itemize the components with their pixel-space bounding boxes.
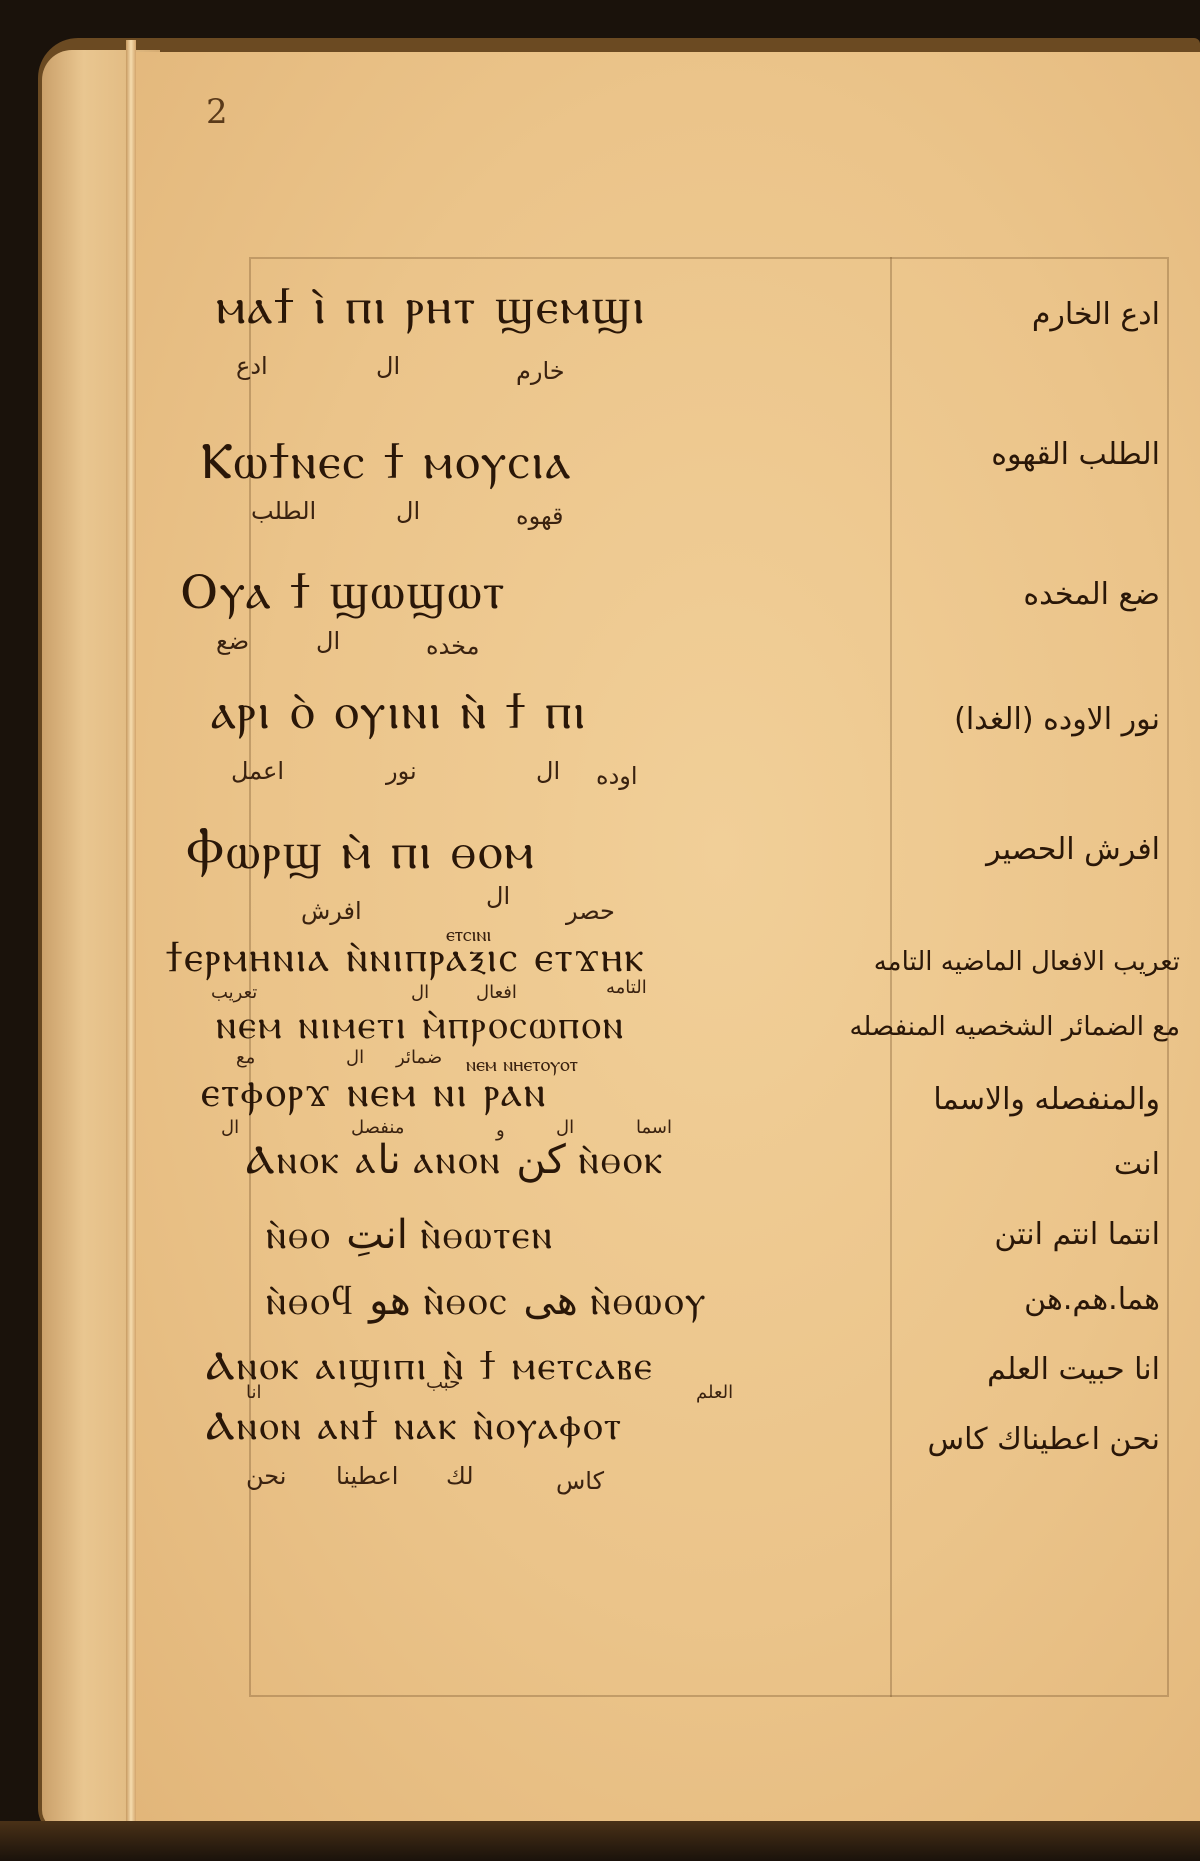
gloss-word: اوده — [596, 762, 638, 790]
arabic-translation: نحن اعطيناك كاس — [900, 1422, 1160, 1457]
page-bottom-shadow — [0, 1821, 1200, 1861]
gloss-word: ال — [486, 882, 510, 910]
coptic-line: ⲛ̀ⲑⲟ انتِ ⲛ̀ⲑⲱⲧⲉⲛ — [266, 1212, 554, 1258]
gloss-word: ال — [411, 982, 429, 1003]
gloss-word: ال — [556, 1117, 574, 1138]
gloss-word: ضمائر — [396, 1047, 442, 1068]
coptic-line: ϯⲉⲣⲙⲏⲛⲓⲁ ⲛ̀ⲛⲓⲡⲣⲁⲝⲓⲥ ⲉⲧϫⲏⲕ — [166, 932, 646, 982]
gloss-word: انا — [246, 1382, 262, 1403]
gloss-word: نور — [386, 757, 417, 785]
gloss-word: قهوه — [516, 502, 564, 530]
arabic-translation: انتما انتم انتن — [900, 1217, 1160, 1252]
arabic-translation: هما.هم.هن — [900, 1282, 1160, 1317]
gloss-word: نحن — [246, 1462, 286, 1490]
column-divider — [890, 257, 892, 1697]
gloss-word: ال — [376, 352, 400, 380]
gloss-word: اعمل — [231, 757, 284, 785]
gloss-word: ال — [346, 1047, 364, 1068]
arabic-translation: مع الضمائر الشخصيه المنفصله — [850, 1012, 1180, 1042]
gloss-word: ضع — [216, 627, 249, 655]
gloss-word: ال — [221, 1117, 239, 1138]
arabic-translation: نور الاوده (الغدا) — [860, 702, 1160, 737]
gloss-word: اسما — [636, 1117, 672, 1138]
gloss-word: ال — [396, 497, 420, 525]
gloss-word: لك — [446, 1462, 474, 1490]
arabic-translation: الطلب القهوه — [900, 437, 1160, 472]
coptic-line: ⲛⲉⲙ ⲛⲓⲙⲉⲧⲓ ⲙ̀ⲡⲣⲟⲥⲱⲡⲟⲛ — [216, 1002, 625, 1048]
gloss-word: مع — [236, 1047, 255, 1068]
arabic-translation: والمنفصله والاسما — [900, 1082, 1160, 1117]
arabic-translation: انت — [900, 1147, 1160, 1182]
gloss-word: ادع — [236, 352, 268, 380]
arabic-translation: افرش الحصير — [900, 832, 1160, 867]
gloss-word: مخده — [426, 632, 480, 660]
gloss-word: ال — [536, 757, 560, 785]
coptic-line: Ⲟⲩⲁ ϯ ϣⲱϣⲱⲧ — [181, 562, 506, 621]
gloss-word: الطلب — [251, 497, 316, 525]
gloss-word: العلم — [696, 1382, 733, 1403]
gutter-fold — [126, 40, 136, 1835]
gloss-word: حصر — [566, 897, 615, 925]
arabic-translation: ادع الخارم — [900, 297, 1160, 332]
gloss-word: التامه — [606, 977, 647, 998]
gloss-word: منفصل — [351, 1117, 404, 1138]
gloss-word: خارم — [516, 357, 565, 385]
coptic-line: ⲛ̀ⲑⲟϥ هو ⲛ̀ⲑⲟⲥ هى ⲛ̀ⲑⲱⲟⲩ — [266, 1277, 707, 1324]
arabic-translation: تعريب الافعال الماضيه التامه — [850, 947, 1180, 977]
arabic-translation: ضع المخده — [900, 577, 1160, 612]
page-number: 2 — [206, 92, 228, 132]
coptic-line: Ⲁⲛⲟⲛ ⲁⲛϯ ⲛⲁⲕ ⲛ̀ⲟⲩⲁⲫⲟⲧ — [206, 1402, 623, 1449]
gloss-word: تعريب — [211, 982, 257, 1003]
gloss-word: افرش — [301, 897, 362, 925]
gloss-word: افعال — [476, 982, 517, 1003]
coptic-line: Ⲫⲱⲣϣ ⲙ̀ ⲡⲓ ⲑⲟⲙ — [186, 822, 536, 881]
coptic-line: Ⲕⲱϯⲛⲉⲥ ϯ ⲙⲟⲩⲥⲓⲁ — [201, 432, 572, 491]
gloss-word: حبب — [426, 1372, 460, 1393]
gloss-word: اعطينا — [336, 1462, 398, 1490]
manuscript-page: 2 ⲙⲁϯ ⲓ̀ ⲡⲓ ⲣⲏⲧ ϣⲉⲙϣⲓ ادع ال خارم ادع ال… — [136, 52, 1200, 1827]
coptic-line: Ⲁⲛⲟⲕ ⲁنا ⲁⲛⲟⲛ كن ⲛ̀ⲑⲟⲕ — [246, 1137, 664, 1183]
gloss-word: كاس — [556, 1467, 604, 1495]
gloss-word: ال — [316, 627, 340, 655]
arabic-translation: انا حبيت العلم — [900, 1352, 1160, 1387]
coptic-line: ⲉⲧⲫⲟⲣϫ ⲛⲉⲙ ⲛⲓ ⲣⲁⲛ — [201, 1067, 547, 1117]
coptic-line: ⲁⲣⲓ ⲟ̀ ⲟⲩⲓⲛⲓ ⲛ̀ ϯ ⲡⲓ — [211, 682, 587, 741]
coptic-line: ⲙⲁϯ ⲓ̀ ⲡⲓ ⲣⲏⲧ ϣⲉⲙϣⲓ — [216, 277, 646, 336]
